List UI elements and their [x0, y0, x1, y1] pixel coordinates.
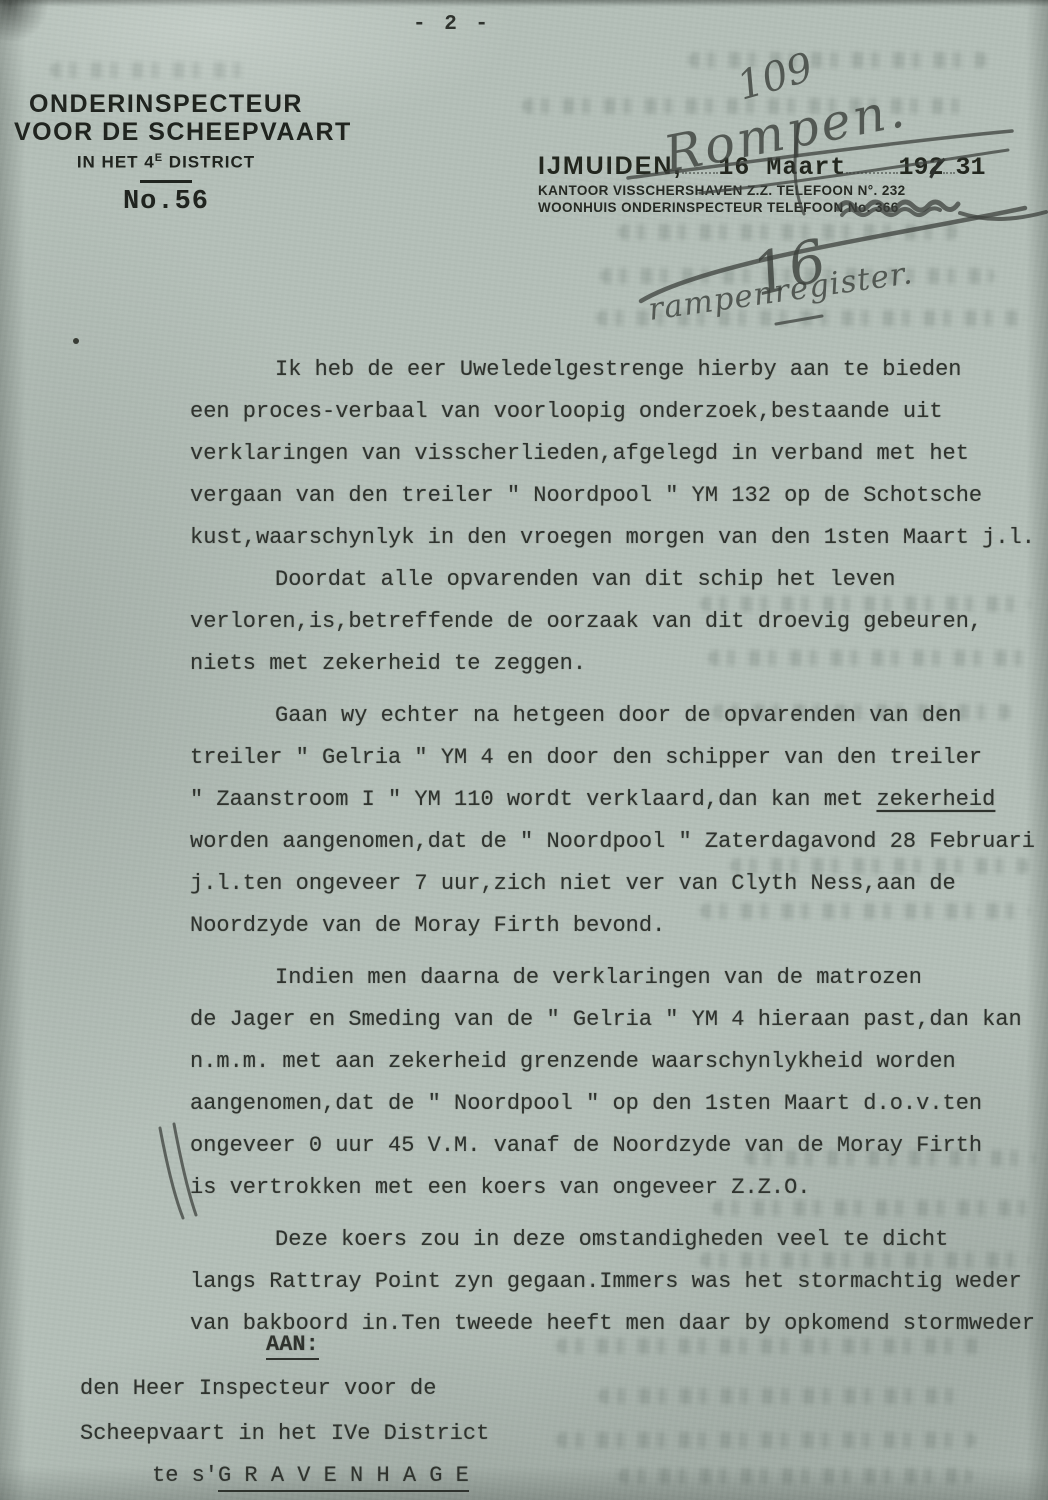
body-line: Deze koers zou in deze omstandigheden ve… — [190, 1219, 1046, 1261]
pencil-stroke-diagonal — [641, 208, 1025, 301]
letterhead-line3-post: DISTRICT — [163, 153, 255, 172]
body-line: worden aangenomen,dat de " Noordpool " Z… — [190, 821, 1046, 863]
body-line: vergaan van den treiler " Noordpool " YM… — [190, 475, 1046, 517]
letterhead-line3-sup: E — [155, 152, 163, 164]
body-line: ongeveer 0 uur 45 V.M. vanaf de Noordzyd… — [190, 1125, 1046, 1167]
dotted-leader — [943, 150, 955, 174]
addressee-city-line: te s'G R A V E N H A G E — [152, 1463, 469, 1488]
letterhead-line3-pre: IN HET 4 — [77, 153, 155, 172]
margin-mark-slash1 — [160, 1128, 183, 1218]
bleedthrough-streak — [596, 310, 1026, 326]
body-line: n.m.m. met aan zekerheid grenzende waars… — [190, 1041, 1046, 1083]
body-line: de Jager en Smeding van de " Gelria " YM… — [190, 999, 1046, 1041]
bleedthrough-streak — [598, 1388, 963, 1404]
body-line: treiler " Gelria " YM 4 en door den schi… — [190, 737, 1046, 779]
body-line: niets met zekerheid te zeggen. — [190, 643, 1046, 685]
year-post: 31 — [955, 153, 985, 182]
body-line: langs Rattray Point zyn gegaan.Immers wa… — [190, 1261, 1046, 1303]
letterhead-line1: ONDERINSPECTEUR — [14, 90, 318, 118]
body-line: Doordat alle opvarenden van dit schip he… — [190, 559, 1046, 601]
year-pre: 19 — [898, 153, 928, 182]
body-line: kust,waarschynlyk in den vroegen morgen … — [190, 517, 1046, 559]
annotation-rampenregister: rampenregister. — [646, 255, 915, 328]
addressee-te: te s' — [152, 1463, 218, 1488]
body-line: is vertrokken met een koers van ongeveer… — [190, 1167, 1046, 1209]
body-line: verklaringen van visscherlieden,afgelegd… — [190, 433, 1046, 475]
dotted-leader — [682, 150, 718, 174]
bleedthrough-streak — [522, 98, 972, 114]
document-page: - 2 - ONDERINSPECTEUR VOOR DE SCHEEPVAAR… — [0, 0, 1048, 1500]
year-struck-digit: 2 — [928, 153, 943, 182]
body-text: Ik heb de eer Uweledelgestrenge hierby a… — [190, 349, 1046, 1345]
bleedthrough-streak — [556, 1432, 976, 1448]
document-number: No.56 — [14, 187, 318, 217]
ink-speck — [73, 338, 79, 344]
body-line: Ik heb de eer Uweledelgestrenge hierby a… — [190, 349, 1046, 391]
dateline-city: IJMUIDEN, — [538, 152, 682, 180]
addressee-city: G R A V E N H A G E — [218, 1463, 469, 1492]
page-number: - 2 - — [413, 13, 491, 36]
addressee-heading-text: AAN: — [266, 1332, 319, 1360]
letterhead: ONDERINSPECTEUR VOOR DE SCHEEPVAART IN H… — [14, 90, 318, 217]
body-line: Indien men daarna de verklaringen van de… — [190, 957, 1046, 999]
dateline-year: 19231 — [898, 153, 985, 182]
bleedthrough-streak — [688, 52, 988, 68]
annotation-109: 109 — [732, 44, 818, 109]
body-line: een proces-verbaal van voorloopig onderz… — [190, 391, 1046, 433]
body-line-text: " Zaanstroom I " YM 110 wordt verklaard,… — [190, 787, 877, 812]
addressee-line2: Scheepvaart in het IVe District — [80, 1421, 489, 1446]
bleedthrough-streak — [618, 224, 958, 240]
bleedthrough-streak — [600, 268, 995, 284]
letterhead-line2: VOOR DE SCHEEPVAART — [14, 118, 318, 146]
body-line: verloren,is,betreffende de oorzaak van d… — [190, 601, 1046, 643]
body-line: Noordzyde van de Moray Firth bevond. — [190, 905, 1046, 947]
body-line: j.l.ten ongeveer 7 uur,zich niet ver van… — [190, 863, 1046, 905]
addressee-line1: den Heer Inspecteur voor de — [80, 1376, 436, 1401]
bleedthrough-streak — [50, 62, 245, 78]
office-phone-line2: WOONHUIS ONDERINSPECTEUR TELEFOON No. 36… — [538, 199, 1038, 216]
letterhead-rule — [140, 180, 192, 183]
body-line: Gaan wy echter na hetgeen door de opvare… — [190, 695, 1046, 737]
annotation-16: 16 — [745, 226, 833, 310]
dateline-date: 16 Maart — [718, 153, 846, 182]
office-phone-line1: KANTOOR VISSCHERSHAVEN Z.Z. TELEFOON N°.… — [538, 182, 1038, 199]
bleedthrough-streak — [618, 1468, 973, 1484]
addressee-heading: AAN: — [266, 1332, 319, 1357]
underlined-word: zekerheid — [877, 787, 996, 812]
body-line: aangenomen,dat de " Noordpool " op den 1… — [190, 1083, 1046, 1125]
body-line: " Zaanstroom I " YM 110 wordt verklaard,… — [190, 779, 1046, 821]
dotted-leader — [846, 150, 898, 174]
pencil-underline-register — [776, 316, 822, 324]
dateline-row: IJMUIDEN,16 Maart19231 — [538, 150, 1038, 182]
letterhead-line3: IN HET 4E DISTRICT — [14, 146, 318, 175]
dateline-block: IJMUIDEN,16 Maart19231 KANTOOR VISSCHERS… — [538, 150, 1038, 216]
